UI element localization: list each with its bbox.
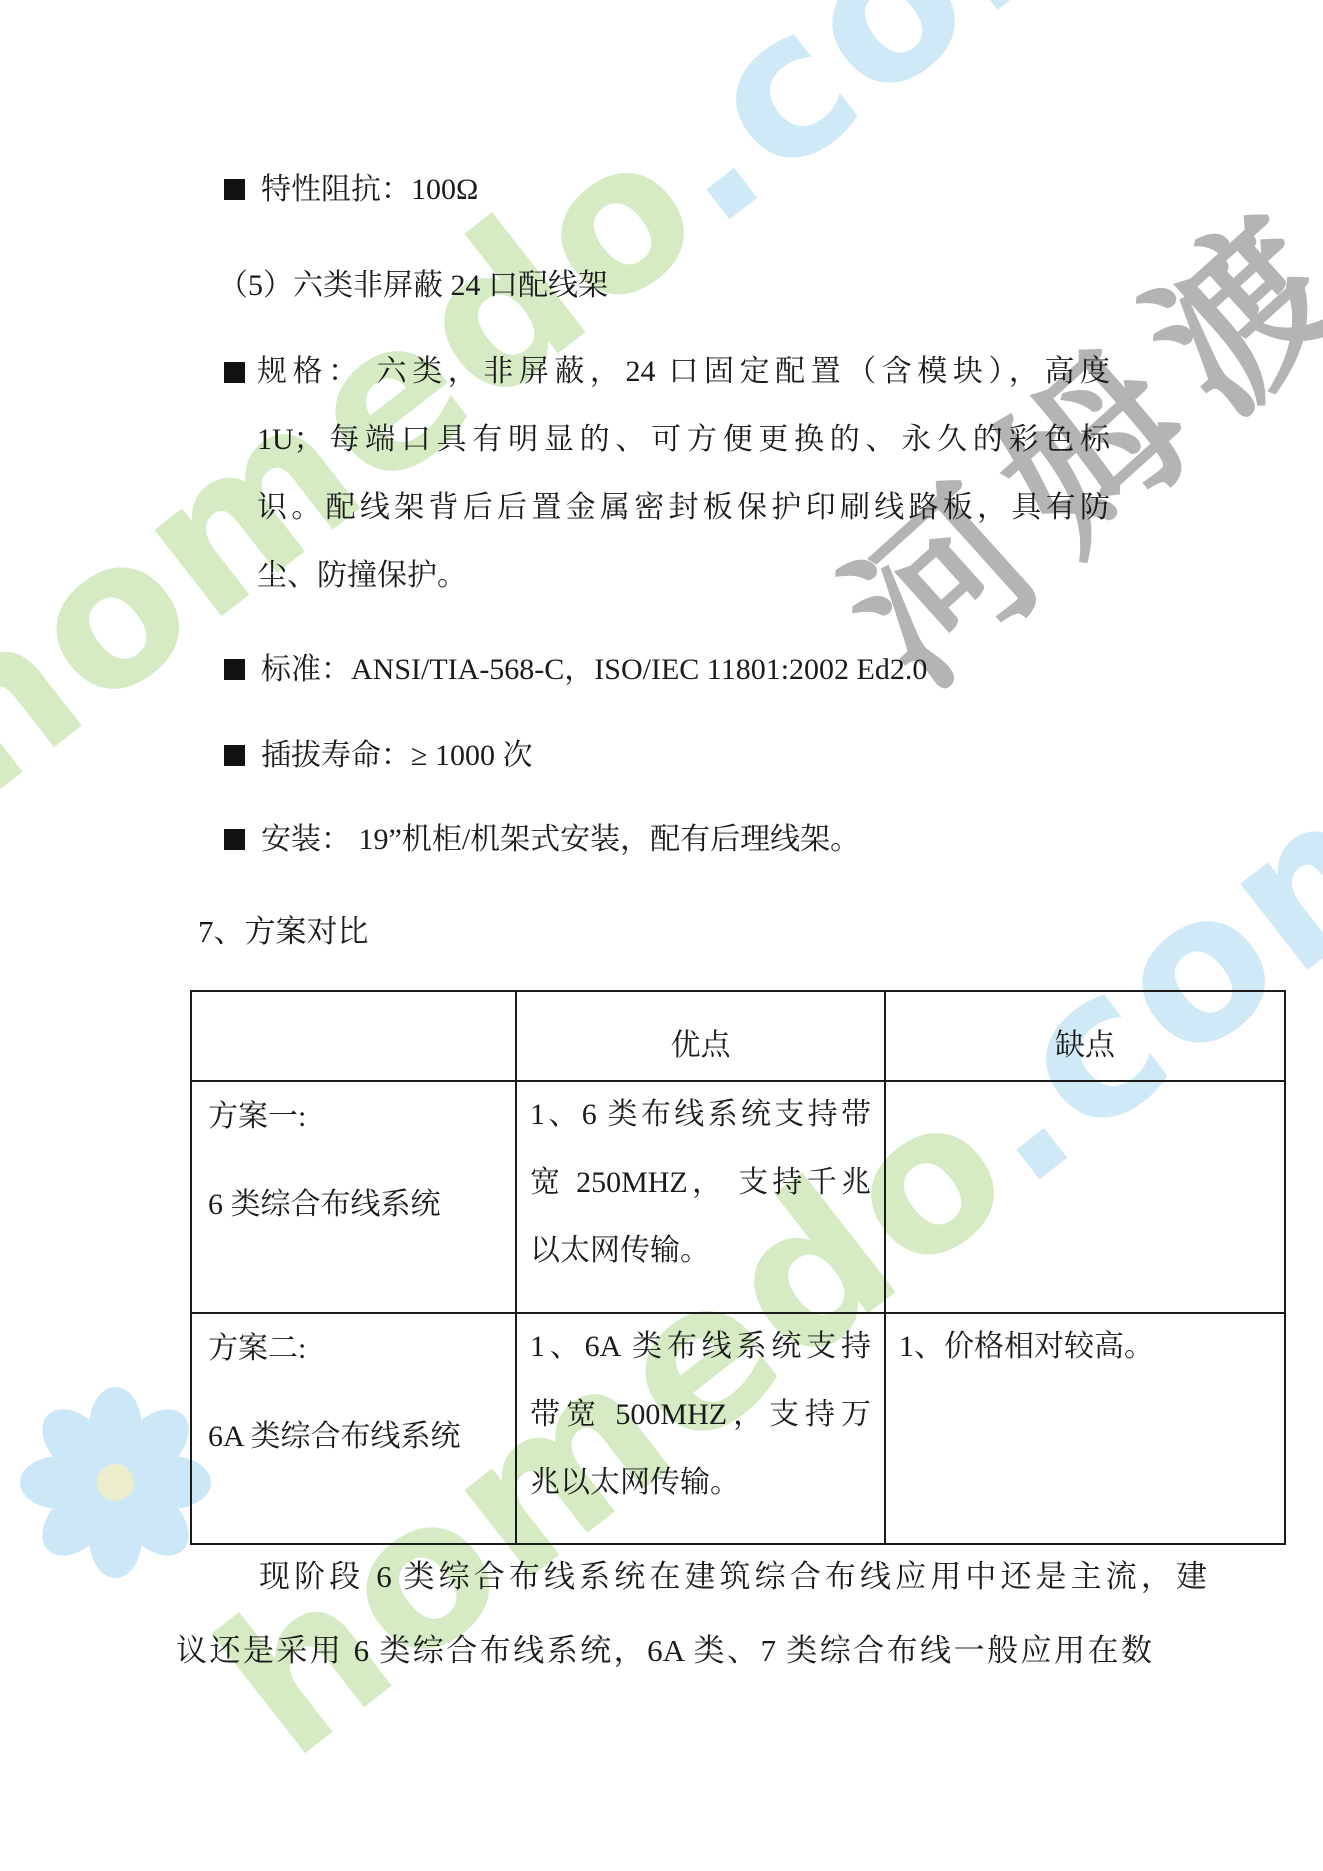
table-header-cons: 缺点 xyxy=(886,992,1284,1082)
table-header-pros: 优点 xyxy=(517,992,886,1082)
table-row2-cons-cell: 1、价格相对较高。 xyxy=(886,1314,1284,1543)
plan2-cons-line: 1、价格相对较高。 xyxy=(899,1328,1271,1366)
spec-line: 1U；每端口具有明显的、可方便更换的、永久的彩色标 xyxy=(257,420,1110,460)
bullet-square-icon xyxy=(224,829,245,850)
bullet-square-icon xyxy=(224,179,245,200)
plug-life-bullet-line: 插拔寿命：≥ 1000 次 xyxy=(224,736,532,776)
bullet-square-icon xyxy=(224,659,245,680)
impedance-text: 特性阻抗：100Ω xyxy=(261,170,478,210)
table-row2-pros-cell: 1、6A 类布线系统支持 带宽 500MHZ，支持万 兆以太网传输。 xyxy=(517,1314,886,1543)
plan1-pros-line: 宽 250MHZ， 支持千兆 xyxy=(530,1164,871,1202)
plan1-pros-line: 以太网传输。 xyxy=(530,1232,871,1270)
table-row1-cons-cell xyxy=(886,1082,1284,1314)
plan2-title: 方案二: xyxy=(208,1330,505,1368)
document-page: 特性阻抗：100Ω （5）六类非屏蔽 24 口配线架 规格： 六类，非屏蔽，24… xyxy=(0,0,1323,1871)
plan2-pros-line: 兆以太网传输。 xyxy=(530,1464,871,1502)
closing-paragraph-line2: 议还是采用 6 类综合布线系统，6A 类、7 类综合布线一般应用在数 xyxy=(176,1630,1152,1672)
bullet-square-icon xyxy=(224,745,245,766)
closing-paragraph-line1: 现阶段 6 类综合布线系统在建筑综合布线应用中还是主流，建 xyxy=(259,1556,1207,1598)
table-row1-plan-cell: 方案一: 6 类综合布线系统 xyxy=(192,1082,517,1314)
table-row2-plan-cell: 方案二: 6A 类综合布线系统 xyxy=(192,1314,517,1543)
comparison-table: 优点 缺点 方案一: 6 类综合布线系统 1、6 类布线系统支持带 宽 250M… xyxy=(190,990,1286,1545)
bullet-square-icon xyxy=(224,362,245,383)
section7-heading: 7、方案对比 xyxy=(198,912,369,952)
spec-line: 规格： 六类，非屏蔽，24 口固定配置（含模块），高度 xyxy=(257,352,1110,392)
spec-bullet-block: 规格： 六类，非屏蔽，24 口固定配置（含模块），高度 1U；每端口具有明显的、… xyxy=(257,352,1110,624)
plan1-pros-line: 1、6 类布线系统支持带 xyxy=(530,1096,871,1134)
plug-life-text: 插拔寿命：≥ 1000 次 xyxy=(261,736,532,776)
spec-line: 尘、防撞保护。 xyxy=(257,556,1110,596)
item5-heading: （5）六类非屏蔽 24 口配线架 xyxy=(218,266,608,306)
table-row1-pros-cell: 1、6 类布线系统支持带 宽 250MHZ， 支持千兆 以太网传输。 xyxy=(517,1082,886,1314)
plan1-title: 方案一: xyxy=(208,1098,505,1136)
standard-text: 标准：ANSI/TIA-568-C，ISO/IEC 11801:2002 Ed2… xyxy=(261,650,927,690)
standard-bullet-line: 标准：ANSI/TIA-568-C，ISO/IEC 11801:2002 Ed2… xyxy=(224,650,927,690)
pros-header-label: 优点 xyxy=(671,1028,731,1064)
impedance-bullet-line: 特性阻抗：100Ω xyxy=(224,170,478,210)
plan2-pros-line: 带宽 500MHZ，支持万 xyxy=(530,1396,871,1434)
install-text: 安装： 19”机柜/机架式安装，配有后理线架。 xyxy=(261,820,860,860)
plan2-name: 6A 类综合布线系统 xyxy=(208,1418,505,1456)
table-header-plan xyxy=(192,992,517,1082)
spec-line: 识。配线架背后后置金属密封板保护印刷线路板，具有防 xyxy=(257,488,1110,528)
cons-header-label: 缺点 xyxy=(1055,1028,1115,1064)
plan1-name: 6 类综合布线系统 xyxy=(208,1186,505,1224)
plan2-pros-line: 1、6A 类布线系统支持 xyxy=(530,1328,871,1366)
install-bullet-line: 安装： 19”机柜/机架式安装，配有后理线架。 xyxy=(224,820,860,860)
